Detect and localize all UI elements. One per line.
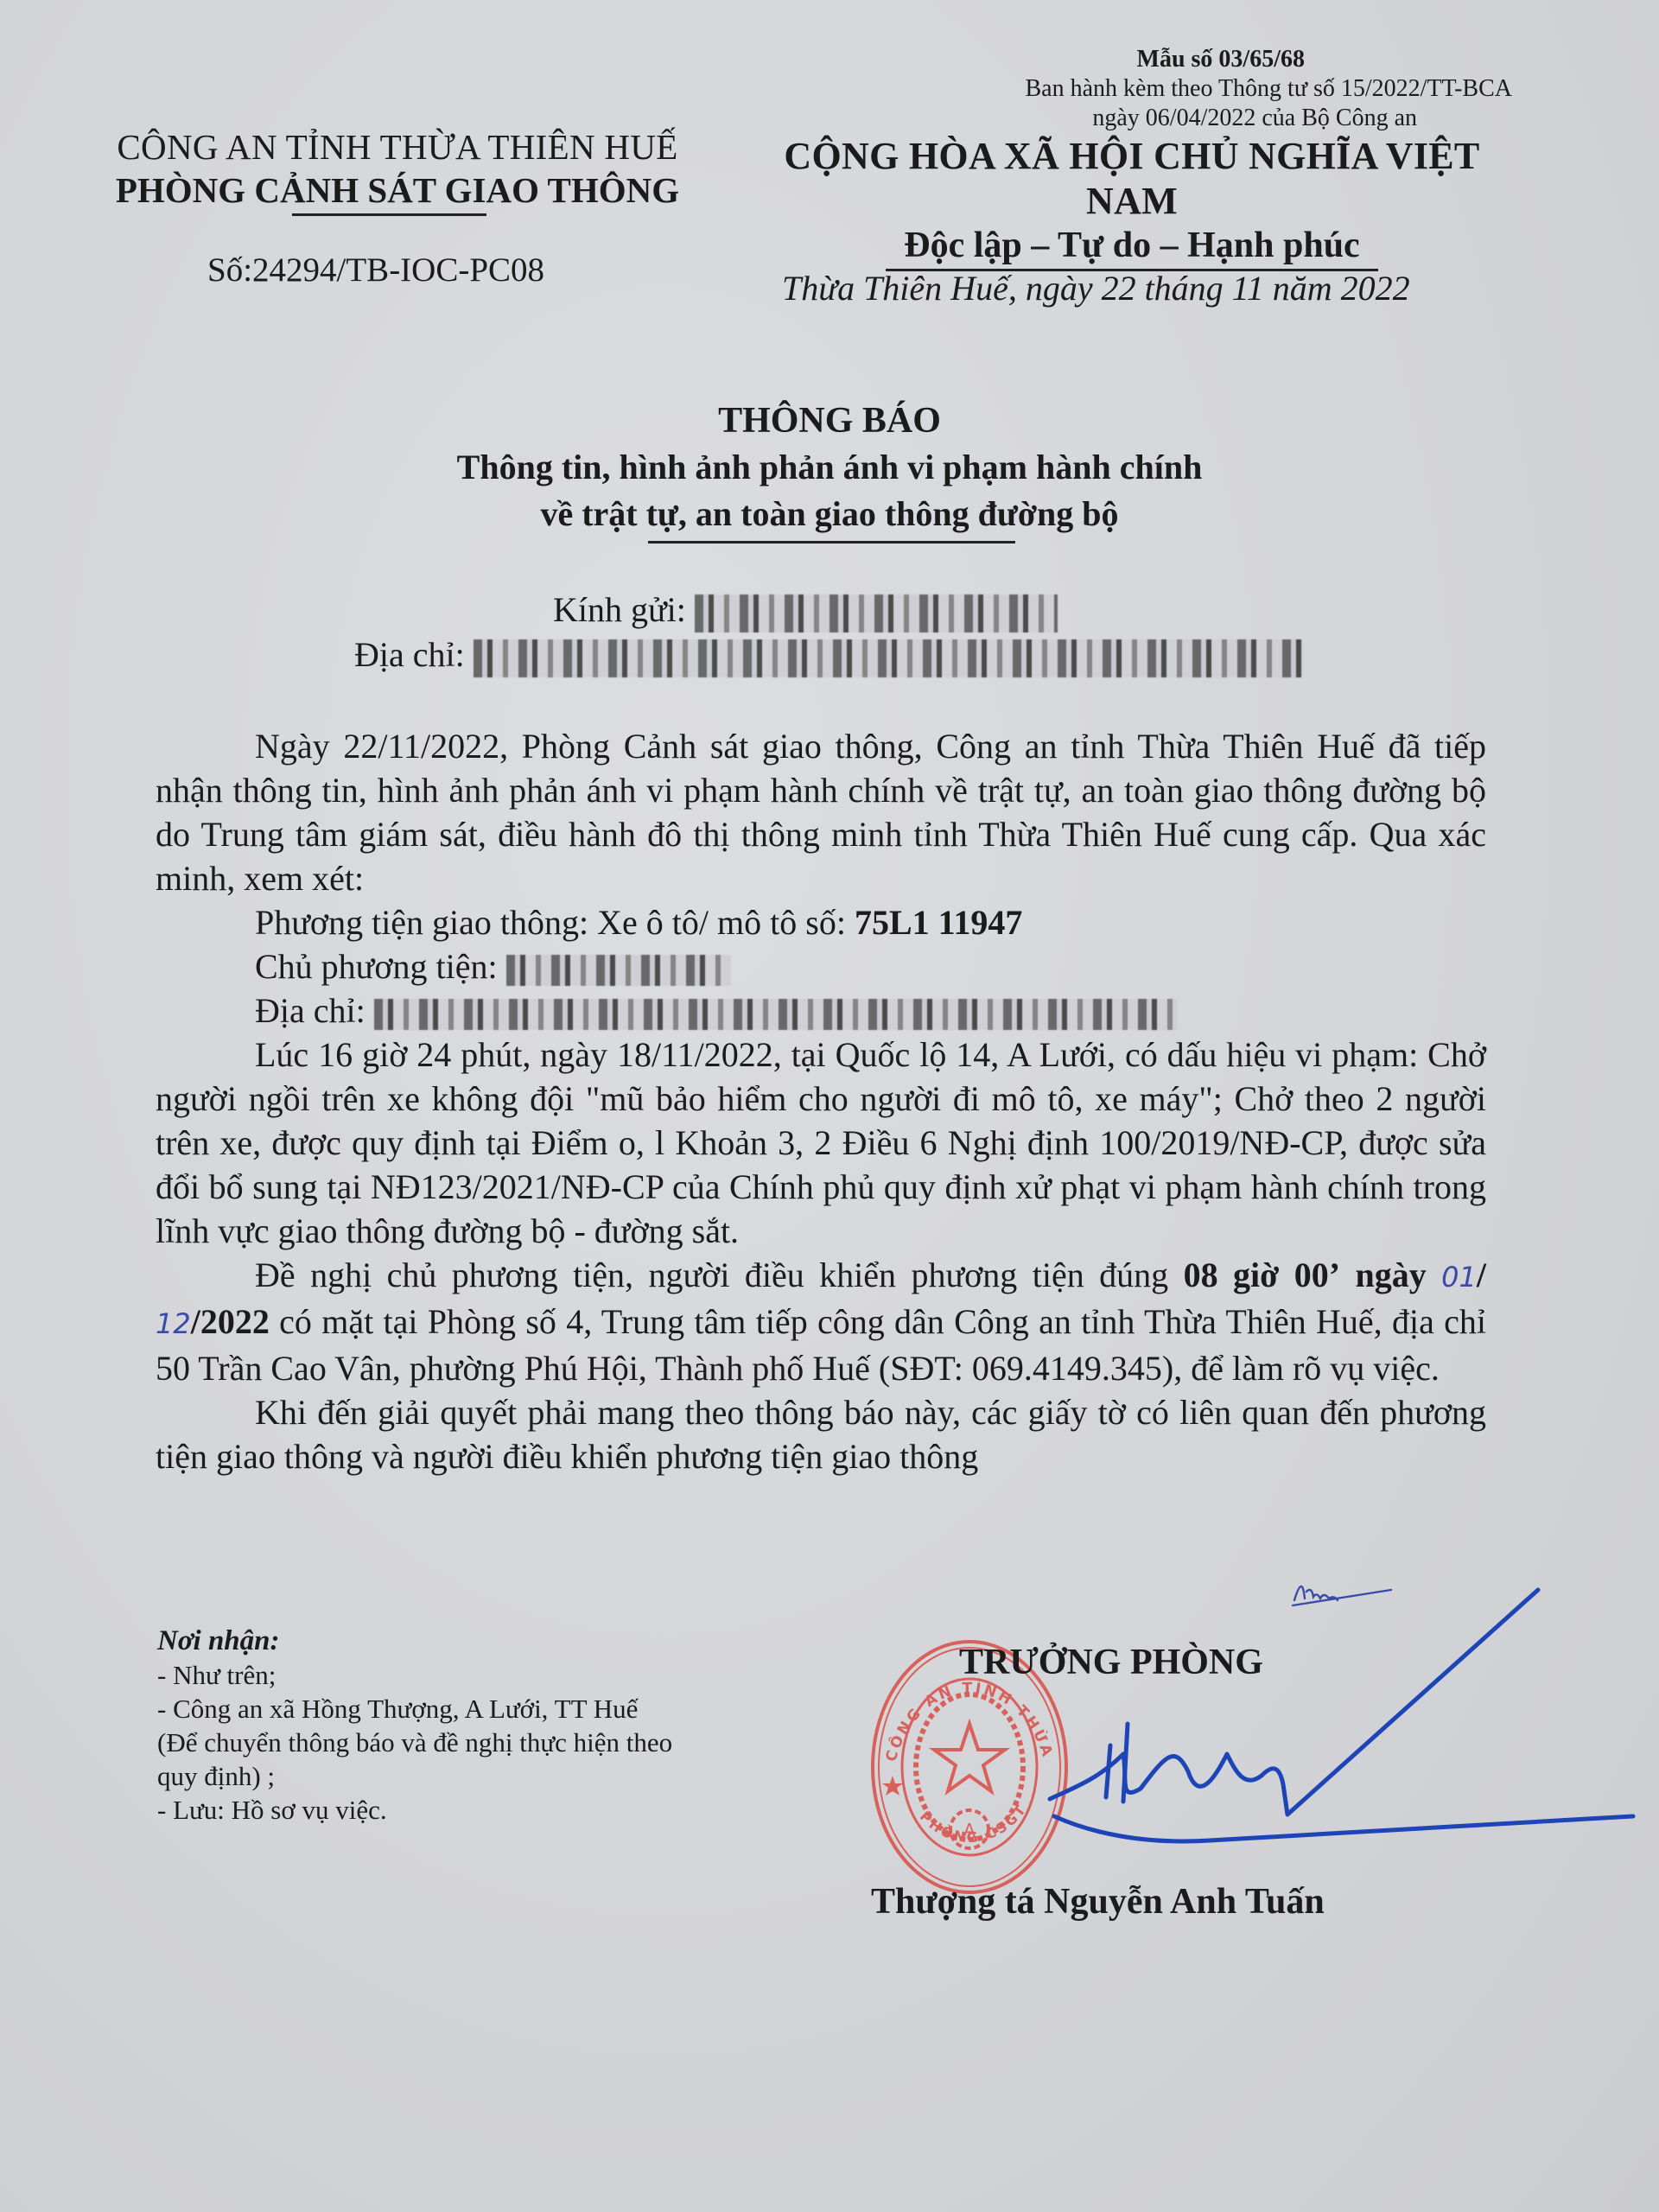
form-code: Mẫu số 03/65/68 (864, 45, 1521, 74)
document-subtitle-2: về trật tự, an toàn giao thông đường bộ (363, 491, 1296, 537)
distribution-list: Nơi nhận: - Như trên; - Công an xã Hồng … (157, 1624, 814, 1827)
paragraph-summons: Đề nghị chủ phương tiện, người điều khiể… (156, 1253, 1486, 1390)
national-motto: Độc lập – Tự do – Hạnh phúc (734, 224, 1529, 267)
recipient-row: Kính gửi: (363, 588, 1400, 632)
document-number: Số:24294/TB-IOC-PC08 (207, 251, 544, 289)
summons-time: 08 giờ 00’ (1184, 1255, 1340, 1294)
license-plate: 75L1 11947 (855, 903, 1022, 942)
handwritten-signature-icon (950, 1581, 1659, 1866)
issuing-agency-block: CÔNG AN TỈNH THỪA THIÊN HUẾ PHÒNG CẢNH S… (95, 125, 700, 216)
vehicle-line: Phương tiện giao thông: Xe ô tô/ mô tô s… (156, 900, 1486, 944)
redacted-recipient-name (695, 594, 1058, 632)
summons-day-label: ngày (1355, 1255, 1441, 1294)
redacted-recipient-address (474, 639, 1303, 677)
national-header: CỘNG HÒA XÃ HỘI CHỦ NGHĨA VIỆT NAM Độc l… (734, 134, 1529, 271)
agency-name: CÔNG AN TỈNH THỪA THIÊN HUẾ (95, 125, 700, 168)
summons-year: /2022 (191, 1302, 270, 1341)
distribution-item: - Lưu: Hồ sơ vụ việc. (157, 1793, 814, 1827)
signatory-name: Thượng tá Nguyễn Anh Tuấn (871, 1881, 1325, 1923)
nation-name: CỘNG HÒA XÃ HỘI CHỦ NGHĨA VIỆT NAM (734, 134, 1529, 224)
documents-text: Khi đến giải quyết phải mang theo thông … (156, 1393, 1486, 1476)
paragraph-receipt: Ngày 22/11/2022, Phòng Cảnh sát giao thô… (156, 724, 1486, 900)
document-title-block: THÔNG BÁO Thông tin, hình ảnh phản ánh v… (363, 397, 1296, 543)
distribution-item: - Công an xã Hồng Thượng, A Lưới, TT Huế (157, 1692, 814, 1726)
distribution-item: quy định) ; (157, 1759, 814, 1793)
summons-text-end: có mặt tại Phòng số 4, Trung tâm tiếp cô… (156, 1302, 1486, 1388)
document-subtitle-1: Thông tin, hình ảnh phản ánh vi phạm hàn… (363, 444, 1296, 491)
paragraph-documents: Khi đến giải quyết phải mang theo thông … (156, 1390, 1486, 1478)
owner-label: Chủ phương tiện: (255, 947, 498, 986)
recipient-block: Kính gửi: Địa chỉ: (363, 588, 1400, 677)
signatory-title: TRƯỞNG PHÒNG (959, 1642, 1263, 1683)
place-and-date: Thừa Thiên Huế, ngày 22 tháng 11 năm 202… (782, 268, 1410, 308)
owner-address-line: Địa chỉ: (156, 988, 1486, 1033)
department-name: PHÒNG CẢNH SÁT GIAO THÔNG (95, 168, 700, 212)
paragraph-violation: Lúc 16 giờ 24 phút, ngày 18/11/2022, tại… (156, 1033, 1486, 1253)
form-issued-date: ngày 06/04/2022 của Bộ Công an (864, 104, 1521, 133)
handwritten-month: 12 (156, 1307, 191, 1340)
distribution-item: (Để chuyển thông báo và đề nghị thực hiệ… (157, 1726, 814, 1759)
form-issued-with: Ban hành kèm theo Thông tư số 15/2022/TT… (864, 74, 1521, 104)
title-underline (648, 541, 1015, 543)
distribution-heading: Nơi nhận: (157, 1624, 814, 1658)
recipient-label: Kính gửi: (553, 590, 686, 629)
notice-body: Ngày 22/11/2022, Phòng Cảnh sát giao thô… (156, 724, 1486, 1478)
owner-address-label: Địa chỉ: (255, 991, 365, 1030)
summons-text-start: Đề nghị chủ phương tiện, người điều khiể… (255, 1255, 1184, 1294)
vehicle-label: Phương tiện giao thông: Xe ô tô/ mô tô s… (255, 903, 855, 942)
distribution-item: - Như trên; (157, 1658, 814, 1692)
recipient-address-label: Địa chỉ: (354, 635, 465, 674)
document-title: THÔNG BÁO (363, 397, 1296, 444)
recipient-address-row: Địa chỉ: (354, 632, 1400, 677)
redacted-owner-address (374, 999, 1178, 1030)
department-underline (292, 213, 486, 216)
redacted-owner-name (506, 955, 731, 986)
owner-line: Chủ phương tiện: (156, 944, 1486, 988)
form-info-block: Mẫu số 03/65/68 Ban hành kèm theo Thông … (864, 45, 1521, 133)
handwritten-day: 01 (1441, 1261, 1477, 1294)
